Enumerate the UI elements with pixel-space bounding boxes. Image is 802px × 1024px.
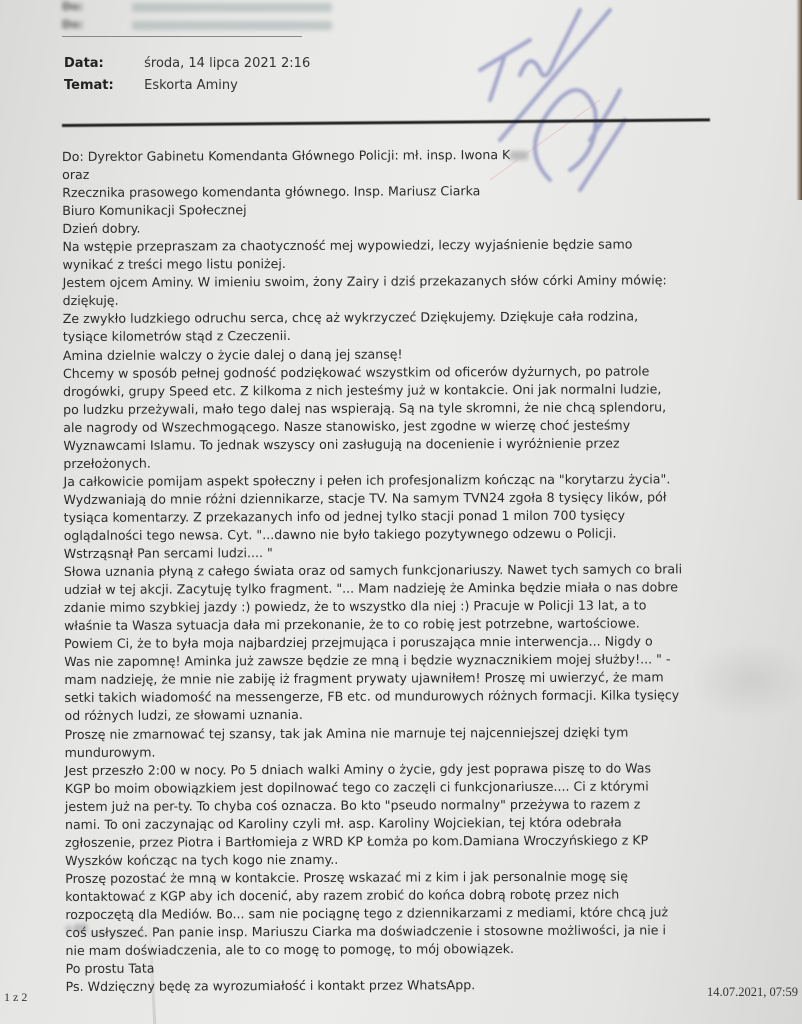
email-subject-row: Temat: Eskorta Aminy [64,78,238,93]
redacted-recipient-row: Do: [62,18,332,31]
header-divider [62,36,302,37]
email-date-row: Data: środa, 14 lipca 2021 2:16 [64,56,310,71]
redacted-recipient-row: Do: [62,0,332,13]
letter-line: udział w tej akcji. Zacytuję tylko fragm… [64,578,784,599]
letter-line: Ps. Wdzięczny będę za wyrozumiałość i ko… [66,975,786,996]
redacted-surname [510,151,528,160]
letter-line: setki takich wiadomość na messengerze, F… [64,686,784,707]
letter-body: Do: Dyrektor Gabinetu Komendanta Główneg… [62,145,786,996]
date-label: Data: [64,56,140,71]
subject-label: Temat: [64,78,140,93]
redacted-value [132,3,332,12]
redacted-value [132,21,332,30]
print-timestamp: 14.07.2021, 07:59 [707,985,798,1000]
page-number: 1 z 2 [4,990,27,1005]
date-value: środa, 14 lipca 2021 2:16 [144,56,310,71]
page-edge [796,0,802,200]
subject-value: Eskorta Aminy [144,78,238,93]
redacted-signature: +48 ___ ___ ___ [64,922,147,935]
section-rule [62,118,710,127]
